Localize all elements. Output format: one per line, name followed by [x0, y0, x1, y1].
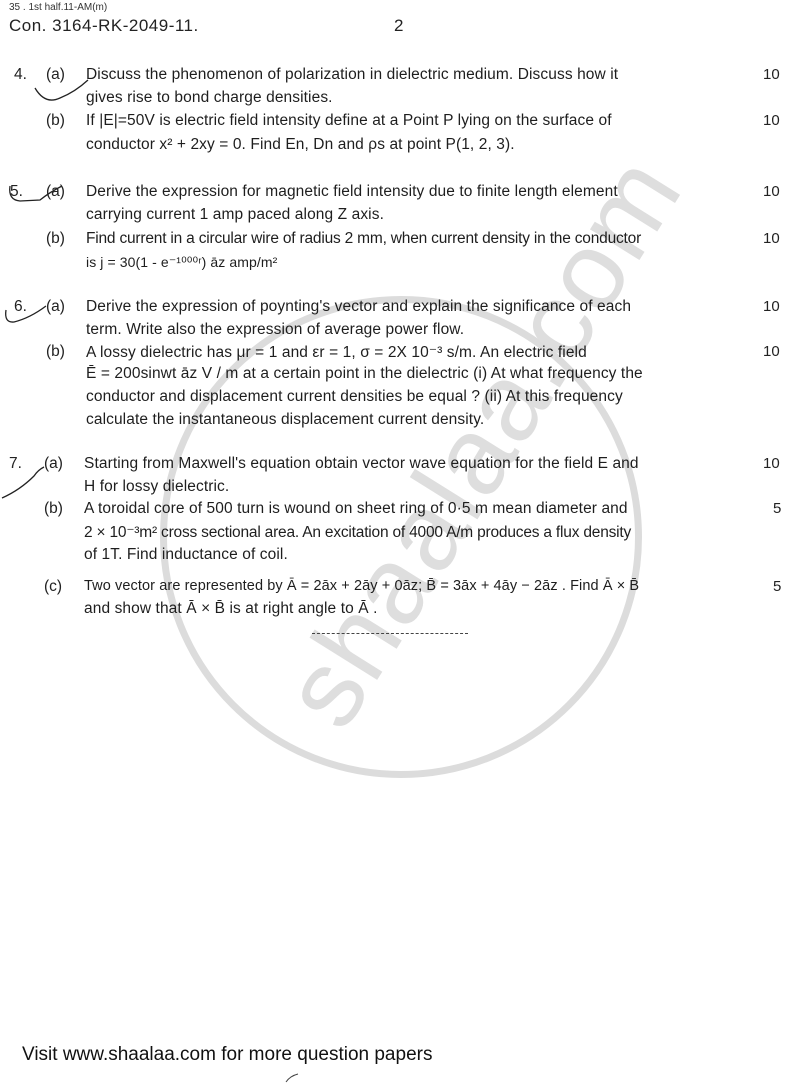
question-text: A lossy dielectric has μr = 1 and εr = 1… [86, 343, 587, 362]
part-label: (b) [44, 500, 63, 518]
exam-page: shaalaa.com 35 . 1st half.11-AM(m) Con. … [0, 0, 800, 1086]
part-label: (a) [46, 183, 65, 201]
marks: 10 [763, 66, 780, 83]
equation: is j = 30(1 - e⁻¹⁰⁰⁰ʳ) āz amp/m² [86, 254, 277, 271]
part-label: (b) [46, 343, 65, 361]
question-text: Find current in a circular wire of radiu… [86, 230, 641, 248]
question-text: carrying current 1 amp paced along Z axi… [86, 206, 384, 224]
question-text: of 1T. Find inductance of coil. [84, 546, 288, 564]
question-number: 6. [14, 298, 27, 316]
question-text: 2 × 10⁻³m² cross sectional area. An exci… [84, 523, 631, 542]
footer-link-text: Visit www.shaalaa.com for more question … [22, 1044, 432, 1066]
marks: 10 [763, 183, 780, 200]
question-text: A toroidal core of 500 turn is wound on … [84, 500, 628, 518]
question-text: and show that Ā × B̄ is at right angle t… [84, 600, 377, 618]
question-text: term. Write also the expression of avera… [86, 321, 464, 339]
marks: 10 [763, 455, 780, 472]
part-label: (a) [46, 298, 65, 316]
question-text: conductor and displacement current densi… [86, 388, 623, 406]
question-text: Derive the expression of poynting's vect… [86, 298, 631, 316]
question-number: 5. [10, 183, 23, 201]
question-text: Two vector are represented by Ā = 2āx + … [84, 578, 639, 594]
question-text: H for lossy dielectric. [84, 478, 229, 496]
paper-code: Con. 3164-RK-2049-11. [9, 16, 199, 36]
question-text: calculate the instantaneous displacement… [86, 411, 484, 429]
question-text: Derive the expression for magnetic field… [86, 183, 618, 201]
question-text: gives rise to bond charge densities. [86, 89, 333, 107]
part-label: (a) [46, 66, 65, 84]
marks: 5 [773, 578, 781, 595]
part-label: (c) [44, 578, 62, 596]
page-number: 2 [394, 16, 403, 36]
question-text: Ē = 200sinwt āz V / m at a certain point… [86, 365, 643, 383]
marks: 10 [763, 112, 780, 129]
marks: 10 [763, 343, 780, 360]
marks: 10 [763, 230, 780, 247]
part-label: (b) [46, 112, 65, 130]
question-text: conductor x² + 2xy = 0. Find En, Dn and … [86, 136, 515, 154]
end-rule [312, 633, 468, 634]
question-text: Starting from Maxwell's equation obtain … [84, 455, 639, 473]
part-label: (a) [44, 455, 63, 473]
part-label: (b) [46, 230, 65, 248]
paper-reference: 35 . 1st half.11-AM(m) [9, 2, 107, 13]
marks: 5 [773, 500, 781, 517]
question-text: Discuss the phenomenon of polarization i… [86, 66, 618, 84]
question-text: If |E|=50V is electric field intensity d… [86, 112, 612, 130]
marks: 10 [763, 298, 780, 315]
question-number: 7. [9, 455, 22, 473]
question-number: 4. [14, 66, 27, 84]
